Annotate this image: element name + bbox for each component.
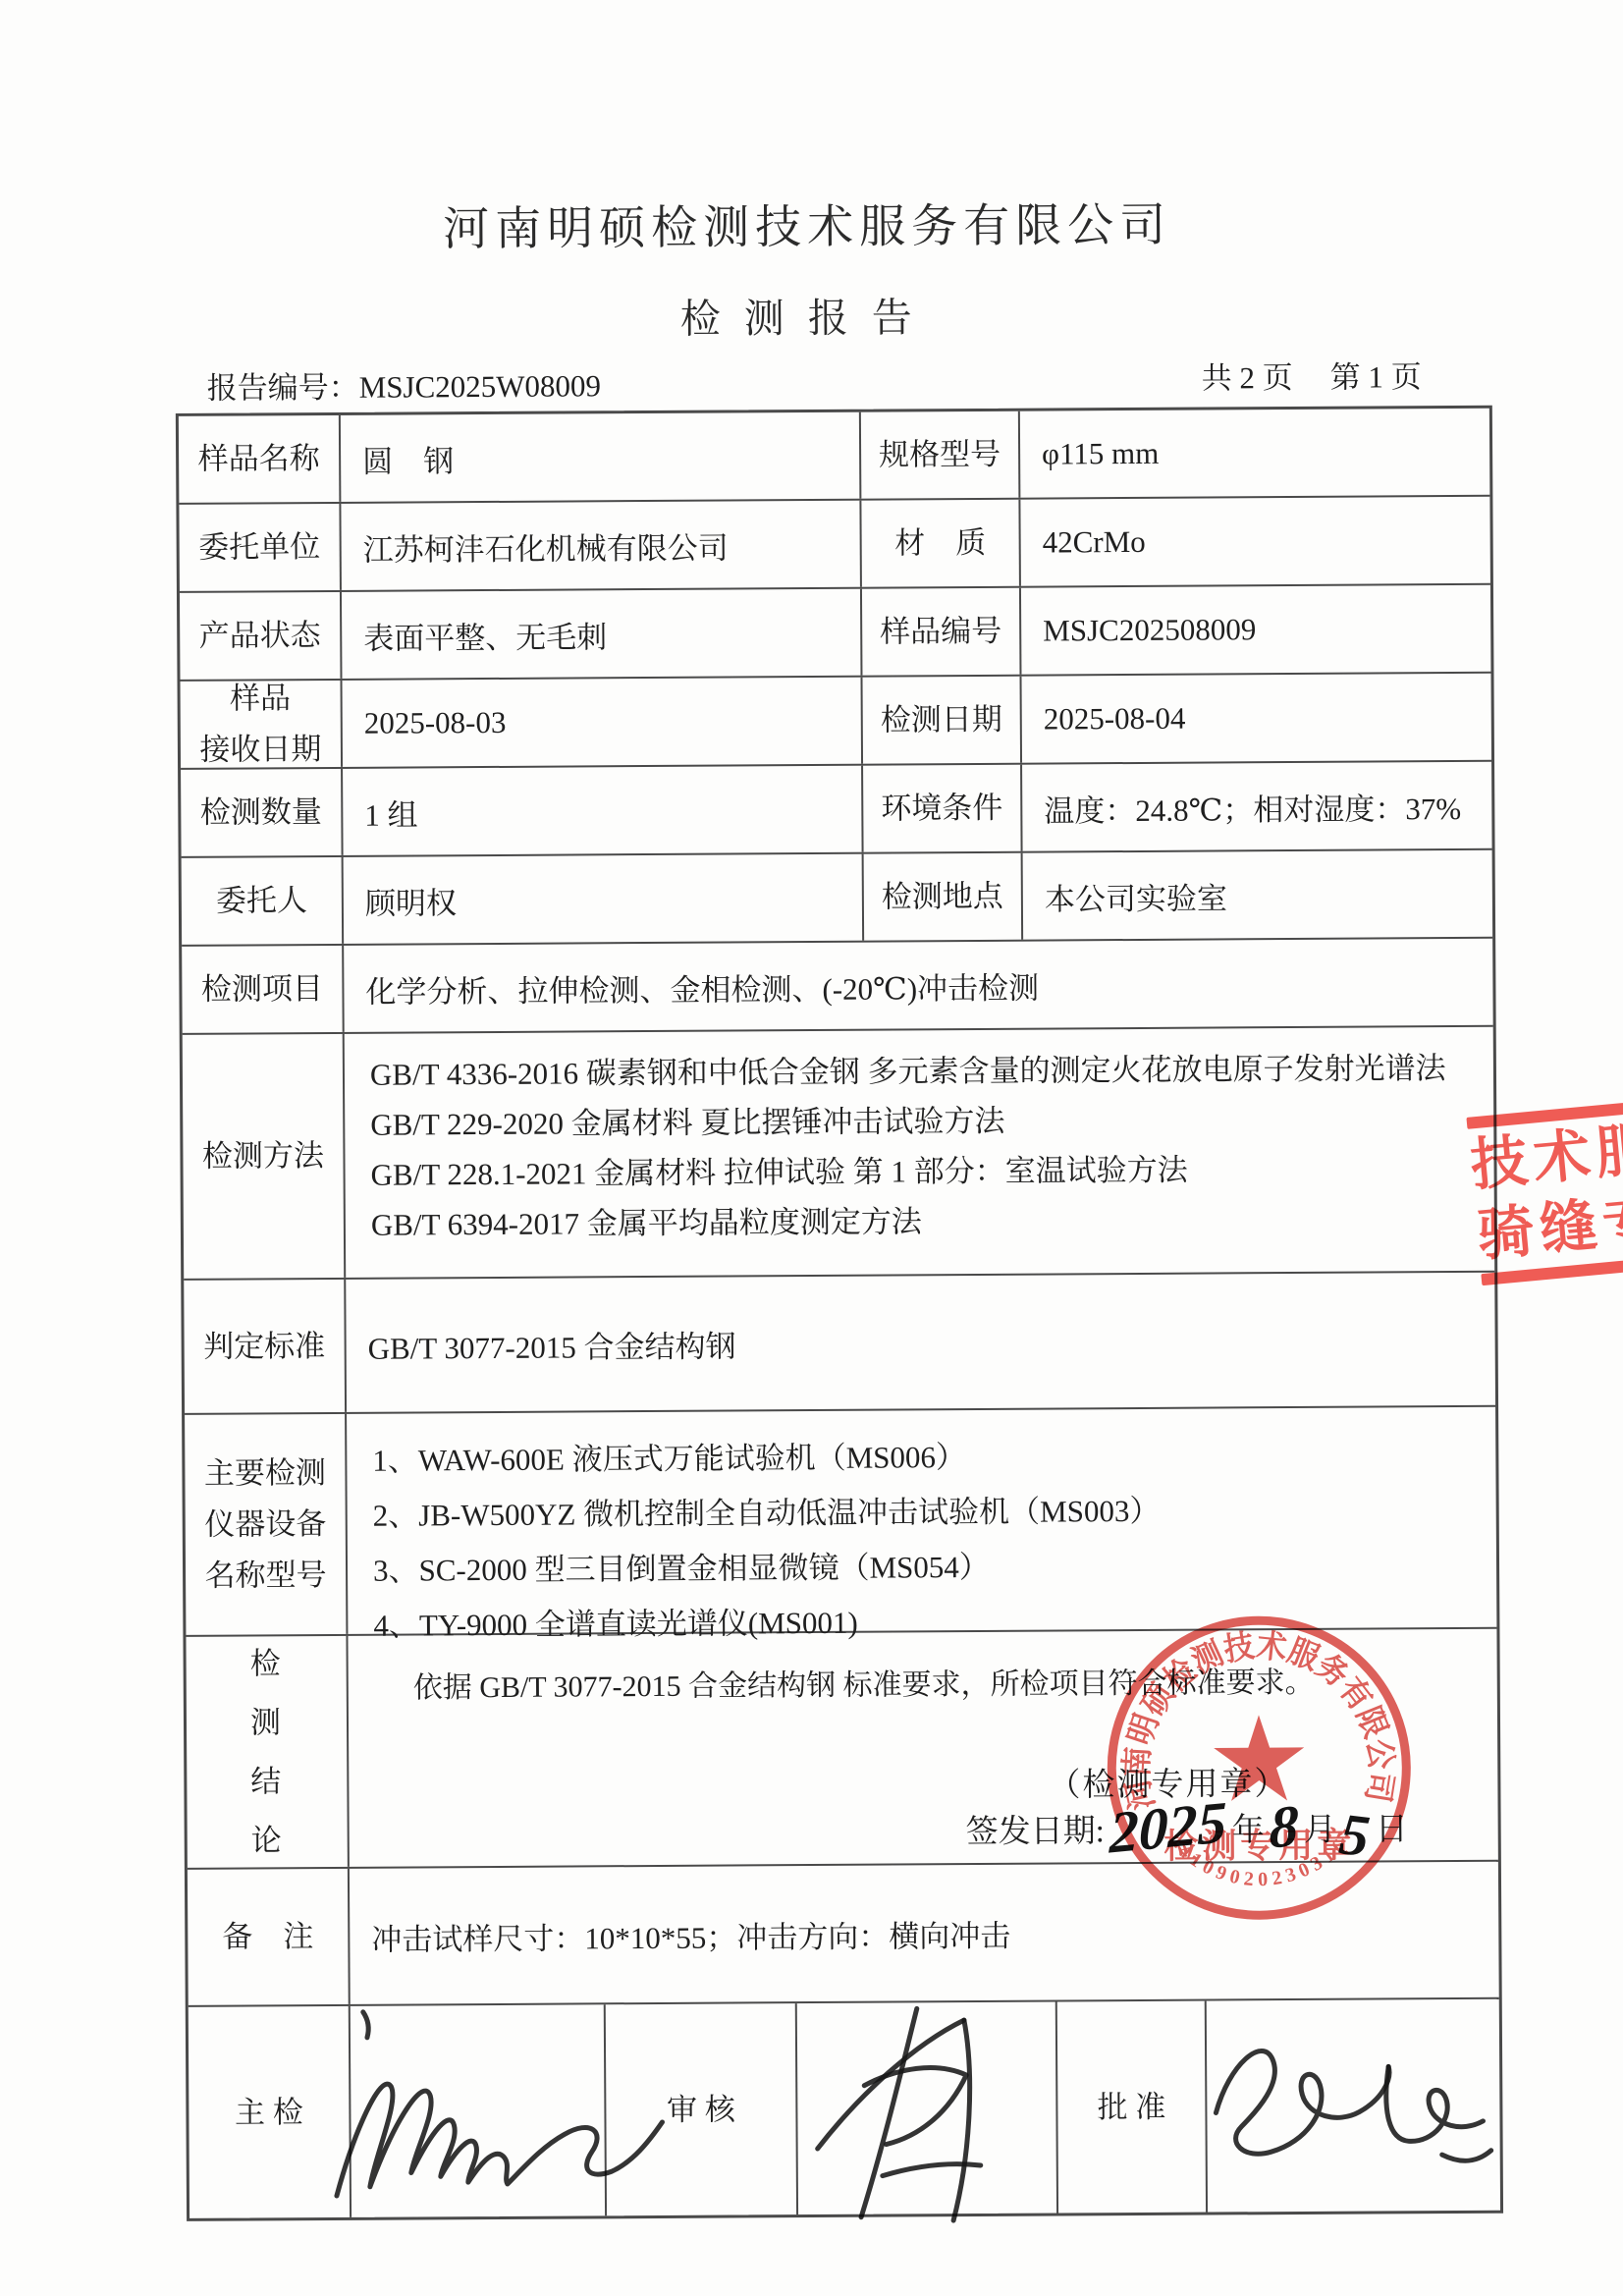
equipment-line: 1、WAW-600E 液压式万能试验机（MS006）	[372, 1427, 1466, 1489]
report-table: 样品名称 圆 钢 规格型号 φ115 mm 委托单位 江苏柯沣石化机械有限公司 …	[176, 406, 1503, 2221]
value-sample-name: 圆 钢	[341, 412, 862, 502]
label-client: 委托单位	[179, 504, 342, 591]
report-number-value: MSJC2025W08009	[359, 368, 602, 405]
issue-date-label: 签发日期:	[966, 1805, 1105, 1852]
table-row: 主要检测 仪器设备 名称型号 1、WAW-600E 液压式万能试验机（MS006…	[185, 1407, 1496, 1637]
equipment-line: 3、SC-2000 型三目倒置金相显微镜（MS054）	[373, 1537, 1467, 1599]
value-spec-model: φ115 mm	[1020, 409, 1490, 498]
table-row: 检测数量 1 组 环境条件 温度：24.8℃；相对湿度：37%	[181, 762, 1492, 858]
table-row: 样品 接收日期 2025-08-03 检测日期 2025-08-04	[181, 674, 1492, 770]
equipment-line: 2、JB-W500YZ 微机控制全自动低温冲击试验机（MS003）	[373, 1482, 1467, 1544]
scan-sheet: 河南明硕检测技术服务有限公司 检测报告 报告编号：MSJC2025W08009 …	[0, 0, 1623, 2296]
company-title: 河南明硕检测技术服务有限公司	[0, 186, 1619, 261]
method-line: GB/T 229-2020 金属材料 夏比摆锤冲击试验方法	[370, 1093, 1454, 1150]
label-test-methods: 检测方法	[183, 1034, 347, 1279]
method-line: GB/T 6394-2017 金属平均晶粒度测定方法	[371, 1193, 1455, 1250]
report-number-label: 报告编号：	[207, 370, 359, 406]
value-consignor: 顾明权	[344, 854, 865, 944]
approver-signature	[1216, 2050, 1491, 2162]
value-quantity: 1 组	[343, 766, 864, 855]
value-equipment: 1、WAW-600E 液压式万能试验机（MS006） 2、JB-W500YZ 微…	[347, 1407, 1496, 1634]
label-quantity: 检测数量	[181, 769, 344, 856]
label-remark: 备 注	[188, 1869, 351, 2005]
table-row: 委托人 顾明权 检测地点 本公司实验室	[182, 850, 1493, 947]
table-row: 委托单位 江苏柯沣石化机械有限公司 材 质 42CrMo	[179, 497, 1490, 593]
value-product-state: 表面平整、无毛刺	[342, 589, 863, 679]
doc-title: 检测报告	[0, 281, 1619, 349]
label-judgement-standard: 判定标准	[184, 1280, 347, 1413]
label-consignor: 委托人	[182, 857, 345, 945]
chief-inspector-signature	[336, 2010, 663, 2196]
method-line: GB/T 228.1-2021 金属材料 拉伸试验 第 1 部分：室温试验方法	[370, 1143, 1454, 1200]
label-material: 材 质	[861, 500, 1021, 587]
value-test-date: 2025-08-04	[1021, 674, 1491, 763]
table-row: 检测项目 化学分析、拉伸检测、金相检测、(-20℃)冲击检测	[182, 939, 1493, 1035]
label-test-place: 检测地点	[864, 853, 1024, 941]
value-sample-no: MSJC202508009	[1021, 585, 1491, 675]
value-material: 42CrMo	[1020, 497, 1490, 586]
edge-paging-seal: 技术服务 骑缝专用	[1466, 1088, 1623, 1287]
value-client: 江苏柯沣石化机械有限公司	[341, 501, 862, 590]
value-environment: 温度：24.8℃；相对湿度：37%	[1022, 762, 1492, 851]
label-environment: 环境条件	[863, 765, 1023, 852]
value-judgement-standard: GB/T 3077-2015 合金结构钢	[346, 1273, 1495, 1412]
value-test-place: 本公司实验室	[1023, 850, 1493, 940]
reviewer-signature	[817, 2008, 981, 2221]
label-test-items: 检测项目	[182, 946, 345, 1033]
report-number: 报告编号：MSJC2025W08009	[207, 360, 602, 407]
value-test-methods: GB/T 4336-2016 碳素钢和中低合金钢 多元素含量的测定火花放电原子发…	[345, 1027, 1494, 1278]
label-receive-date: 样品 接收日期	[181, 681, 344, 768]
scanned-report-page: 河南明硕检测技术服务有限公司 检测报告 报告编号：MSJC2025W08009 …	[0, 0, 1623, 2296]
label-spec-model: 规格型号	[861, 411, 1021, 499]
label-equipment: 主要检测 仪器设备 名称型号	[185, 1414, 348, 1635]
handwritten-signatures	[189, 1988, 1501, 2241]
method-line: GB/T 4336-2016 碳素钢和中低合金钢 多元素含量的测定火花放电原子发…	[370, 1043, 1454, 1100]
current-page: 第 1 页	[1330, 359, 1422, 395]
table-row: 检测方法 GB/T 4336-2016 碳素钢和中低合金钢 多元素含量的测定火花…	[183, 1027, 1495, 1281]
table-row: 产品状态 表面平整、无毛刺 样品编号 MSJC202508009	[180, 585, 1491, 682]
total-pages: 共 2 页	[1202, 360, 1293, 396]
label-test-date: 检测日期	[863, 677, 1023, 764]
star-icon: ★	[1206, 1695, 1312, 1827]
table-row: 样品名称 圆 钢 规格型号 φ115 mm	[179, 409, 1490, 505]
table-row: 判定标准 GB/T 3077-2015 合金结构钢	[184, 1273, 1495, 1415]
label-sample-name: 样品名称	[179, 415, 342, 503]
value-receive-date: 2025-08-03	[343, 678, 864, 767]
page-info: 共 2 页第 1 页	[1201, 352, 1458, 398]
label-product-state: 产品状态	[180, 592, 343, 680]
label-sample-no: 样品编号	[862, 588, 1022, 676]
label-conclusion: 检 测 结 论	[186, 1636, 349, 1868]
round-company-seal: 河南明硕检测技术服务有限公司 ★ 检测专用章 4109020230316	[1096, 1605, 1422, 1931]
value-test-items: 化学分析、拉伸检测、金相检测、(-20℃)冲击检测	[344, 939, 1493, 1032]
